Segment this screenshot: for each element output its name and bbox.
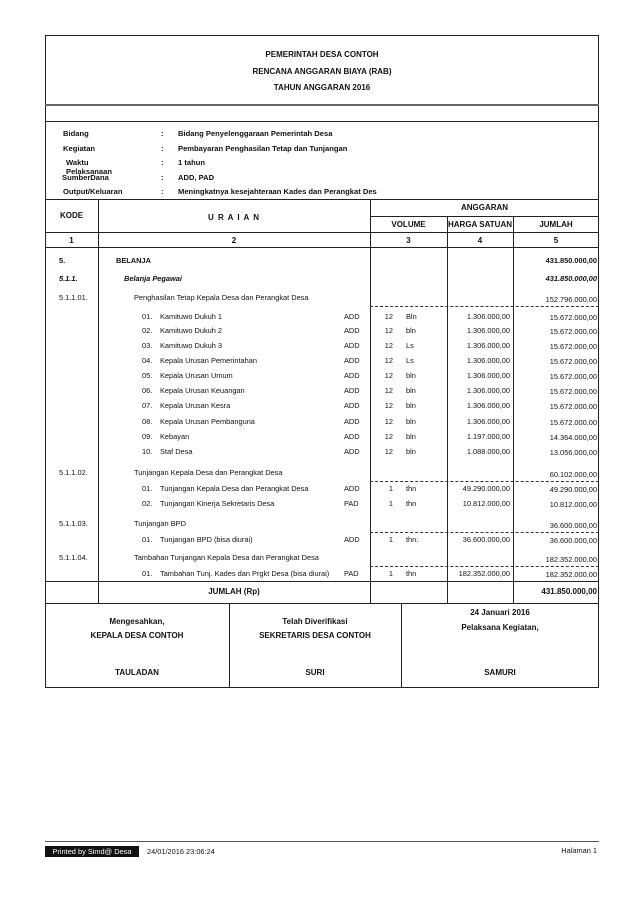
item-harga-satuan: 1.306.000,00	[467, 401, 510, 410]
row-kode: 5.1.1.02.	[59, 468, 88, 477]
item-uraian: Kamituwo Dukuh 1	[160, 312, 222, 321]
info-separator: :	[161, 187, 164, 196]
item-sumber-dana: ADD	[344, 371, 360, 380]
item-volume: 1	[389, 484, 393, 493]
table-row: 5.BELANJA431.850.000,00	[0, 256, 638, 268]
item-jumlah: 10.812.000,00	[550, 500, 597, 509]
item-jumlah: 15.672.000,00	[550, 327, 597, 336]
item-satuan: thn.	[406, 535, 418, 544]
item-harga-satuan: 36.600.000,00	[463, 535, 510, 544]
item-jumlah: 49.290.000,00	[550, 485, 597, 494]
item-number: 05.	[142, 371, 152, 380]
item-volume: 1	[389, 569, 393, 578]
item-sumber-dana: ADD	[344, 535, 360, 544]
info-label: Bidang	[63, 129, 89, 138]
col-header-uraian: U R A I A N	[98, 213, 370, 222]
info-value: 1 tahun	[178, 158, 205, 167]
item-harga-satuan: 1.306.000,00	[467, 356, 510, 365]
item-number: 08.	[142, 417, 152, 426]
divider	[370, 216, 599, 217]
item-volume: 12	[385, 341, 393, 350]
item-harga-satuan: 1.306.000,00	[467, 341, 510, 350]
header-line-3: TAHUN ANGGARAN 2016	[45, 83, 599, 92]
table-row: 01.Kamituwo Dukuh 1ADD12Bln1.306.000,001…	[0, 312, 638, 324]
item-satuan: thn	[406, 499, 416, 508]
item-harga-satuan: 1.088.000,00	[467, 447, 510, 456]
header-line-1: PEMERINTAH DESA CONTOH	[45, 50, 599, 59]
item-number: 01.	[142, 484, 152, 493]
signature-kepala-desa-name: TAULADAN	[45, 668, 229, 677]
item-jumlah: 15.672.000,00	[550, 313, 597, 322]
item-satuan: Ls	[406, 341, 414, 350]
footer-divider	[45, 841, 599, 842]
signature-pelaksana-name: SAMURI	[401, 668, 599, 677]
table-row: 5.1.1.Belanja Pegawai431.850.000,00	[0, 274, 638, 286]
item-uraian: Kepala Urusan Kesra	[160, 401, 230, 410]
item-volume: 1	[389, 499, 393, 508]
item-number: 10.	[142, 447, 152, 456]
row-uraian: BELANJA	[116, 256, 151, 265]
col-header-jumlah: JUMLAH	[513, 220, 599, 229]
item-harga-satuan: 1.306.000,00	[467, 386, 510, 395]
signature-sekretaris-name: SURI	[229, 668, 401, 677]
item-uraian: Kamituwo Dukuh 3	[160, 341, 222, 350]
row-kode: 5.1.1.01.	[59, 293, 88, 302]
item-number: 01.	[142, 312, 152, 321]
item-uraian: Kebayan	[160, 432, 189, 441]
item-number: 01.	[142, 569, 152, 578]
table-row: 03.Kamituwo Dukuh 3ADD12Ls1.306.000,0015…	[0, 341, 638, 353]
item-sumber-dana: ADD	[344, 484, 360, 493]
row-uraian: Penghasilan Tetap Kepala Desa dan Perang…	[134, 293, 309, 302]
divider	[45, 104, 599, 106]
table-row: 05.Kepala Urusan UmumADD12bln1.306.000,0…	[0, 371, 638, 383]
printed-by-badge: Printed by Simd@ Desa	[45, 846, 139, 857]
item-number: 03.	[142, 341, 152, 350]
item-jumlah: 15.672.000,00	[550, 402, 597, 411]
info-separator: :	[161, 173, 164, 182]
info-label: Output/Keluaran	[63, 187, 123, 196]
row-uraian: Tunjangan Kepala Desa dan Perangkat Desa	[134, 468, 282, 477]
row-jumlah: 36.600.000,00	[550, 521, 597, 530]
signature-sekretaris-line2: SEKRETARIS DESA CONTOH	[229, 631, 401, 640]
item-uraian: Tambahan Tunj. Kades dan Prgkt Desa (bis…	[160, 569, 329, 578]
info-value: ADD, PAD	[178, 173, 214, 182]
row-uraian: Tambahan Tunjangan Kepala Desa dan Peran…	[134, 553, 319, 562]
item-sumber-dana: ADD	[344, 356, 360, 365]
item-sumber-dana: ADD	[344, 401, 360, 410]
item-sumber-dana: PAD	[344, 499, 359, 508]
item-harga-satuan: 1.306.000,00	[467, 312, 510, 321]
signature-sekretaris-line1: Telah Diverifikasi	[229, 617, 401, 626]
col-number-1: 1	[45, 236, 98, 245]
item-uraian: Staf Desa	[160, 447, 192, 456]
table-row: 01.Tunjangan Kepala Desa dan Perangkat D…	[0, 484, 638, 496]
divider	[45, 232, 599, 233]
item-number: 04.	[142, 356, 152, 365]
item-sumber-dana: ADD	[344, 341, 360, 350]
divider	[45, 247, 599, 248]
item-number: 09.	[142, 432, 152, 441]
item-harga-satuan: 1.306.000,00	[467, 326, 510, 335]
item-jumlah: 15.672.000,00	[550, 387, 597, 396]
item-harga-satuan: 1.306.000,00	[467, 417, 510, 426]
table-row: 02.Kamituwo Dukuh 2ADD12bln1.306.000,001…	[0, 326, 638, 338]
item-satuan: Bln	[406, 312, 417, 321]
table-row: 02.Tunjangan Kinerja Sekretaris DesaPAD1…	[0, 499, 638, 511]
table-row: 04.Kepala Urusan PemerintahanADD12Ls1.30…	[0, 356, 638, 368]
item-harga-satuan: 1.197.000,00	[467, 432, 510, 441]
col-header-kode: KODE	[45, 211, 98, 220]
row-uraian: Belanja Pegawai	[124, 274, 182, 283]
item-number: 02.	[142, 499, 152, 508]
item-jumlah: 15.672.000,00	[550, 418, 597, 427]
item-uraian: Kamituwo Dukuh 2	[160, 326, 222, 335]
item-sumber-dana: PAD	[344, 569, 359, 578]
item-number: 02.	[142, 326, 152, 335]
item-jumlah: 15.672.000,00	[550, 357, 597, 366]
item-satuan: thn	[406, 569, 416, 578]
item-sumber-dana: ADD	[344, 386, 360, 395]
item-harga-satuan: 49.290.000,00	[463, 484, 510, 493]
info-separator: :	[161, 144, 164, 153]
page-number: Halaman 1	[480, 846, 597, 855]
item-volume: 1	[389, 535, 393, 544]
item-satuan: bln	[406, 432, 416, 441]
item-jumlah: 13.056.000,00	[550, 448, 597, 457]
info-separator: :	[161, 158, 164, 167]
item-satuan: bln	[406, 401, 416, 410]
col-number-5: 5	[513, 236, 599, 245]
table-row: 5.1.1.02.Tunjangan Kepala Desa dan Peran…	[0, 468, 638, 480]
table-row: 5.1.1.04.Tambahan Tunjangan Kepala Desa …	[0, 553, 638, 565]
item-satuan: bln	[406, 417, 416, 426]
item-uraian: Kepala Urusan Keuangan	[160, 386, 245, 395]
table-row: 10.Staf DesaADD12bln1.088.000,0013.056.0…	[0, 447, 638, 459]
table-row: 5.1.1.03.Tunjangan BPD36.600.000,00	[0, 519, 638, 531]
row-jumlah: 60.102.000,00	[550, 470, 597, 479]
col-number-3: 3	[370, 236, 447, 245]
info-label: Kegiatan	[63, 144, 95, 153]
table-row: 07.Kepala Urusan KesraADD12bln1.306.000,…	[0, 401, 638, 413]
divider	[45, 603, 599, 604]
item-jumlah: 36.600.000,00	[550, 536, 597, 545]
item-harga-satuan: 1.306.000,00	[467, 371, 510, 380]
item-volume: 12	[385, 417, 393, 426]
info-label: SumberDana	[62, 173, 109, 182]
item-uraian: Kepala Urusan Pemerintahan	[160, 356, 257, 365]
signature-pelaksana-date: 24 Januari 2016	[401, 608, 599, 617]
item-jumlah: 15.672.000,00	[550, 342, 597, 351]
item-uraian: Kepala Urusan Umum	[160, 371, 233, 380]
print-timestamp: 24/01/2016 23:06:24	[147, 847, 215, 856]
row-jumlah: 431.850.000,00	[546, 274, 597, 283]
row-uraian: Tunjangan BPD	[134, 519, 186, 528]
item-volume: 12	[385, 371, 393, 380]
item-satuan: bln	[406, 447, 416, 456]
item-satuan: bln	[406, 371, 416, 380]
divider	[45, 121, 599, 122]
total-value: 431.850.000,00	[513, 587, 597, 596]
item-number: 06.	[142, 386, 152, 395]
item-harga-satuan: 10.812.000,00	[463, 499, 510, 508]
col-number-4: 4	[447, 236, 513, 245]
info-separator: :	[161, 129, 164, 138]
dashed-separator	[370, 306, 599, 307]
col-header-harga-satuan: HARGA SATUAN	[447, 220, 513, 229]
item-sumber-dana: ADD	[344, 326, 360, 335]
item-volume: 12	[385, 386, 393, 395]
row-jumlah: 182.352.000,00	[546, 555, 597, 564]
item-uraian: Tunjangan BPD (bisa diurai)	[160, 535, 253, 544]
item-volume: 12	[385, 356, 393, 365]
item-uraian: Tunjangan Kinerja Sekretaris Desa	[160, 499, 274, 508]
table-row: 09.KebayanADD12bln1.197.000,0014.364.000…	[0, 432, 638, 444]
item-volume: 12	[385, 401, 393, 410]
table-row: 01.Tunjangan BPD (bisa diurai)ADD1thn.36…	[0, 535, 638, 547]
item-jumlah: 182.352.000,00	[546, 570, 597, 579]
item-sumber-dana: ADD	[344, 447, 360, 456]
signature-kepala-desa-line1: Mengesahkan,	[45, 617, 229, 626]
info-value: Meningkatnya kesejahteraan Kades dan Per…	[178, 187, 377, 196]
item-volume: 12	[385, 447, 393, 456]
col-header-anggaran: ANGGARAN	[370, 203, 599, 212]
row-jumlah: 152.796.000,00	[546, 295, 597, 304]
table-row: 06.Kepala Urusan KeuanganADD12bln1.306.0…	[0, 386, 638, 398]
table-row: 5.1.1.01.Penghasilan Tetap Kepala Desa d…	[0, 293, 638, 305]
table-row: 08.Kepala Urusan PembangunaADD12bln1.306…	[0, 417, 638, 429]
dashed-separator	[370, 481, 599, 482]
header-line-2: RENCANA ANGGARAN BIAYA (RAB)	[45, 67, 599, 76]
signature-pelaksana-title: Pelaksana Kegiatan,	[401, 623, 599, 632]
row-jumlah: 431.850.000,00	[546, 256, 597, 265]
row-kode: 5.1.1.04.	[59, 553, 88, 562]
item-number: 07.	[142, 401, 152, 410]
item-number: 01.	[142, 535, 152, 544]
item-satuan: Ls	[406, 356, 414, 365]
item-sumber-dana: ADD	[344, 312, 360, 321]
item-jumlah: 14.364.000,00	[550, 433, 597, 442]
item-satuan: bln	[406, 386, 416, 395]
item-satuan: thn	[406, 484, 416, 493]
row-kode: 5.1.1.	[59, 274, 78, 283]
divider	[45, 199, 599, 200]
item-uraian: Kepala Urusan Pembanguna	[160, 417, 255, 426]
item-sumber-dana: ADD	[344, 417, 360, 426]
table-row: 01.Tambahan Tunj. Kades dan Prgkt Desa (…	[0, 569, 638, 581]
total-label: JUMLAH (Rp)	[98, 587, 370, 596]
info-value: Bidang Penyelenggaraan Pemerintah Desa	[178, 129, 332, 138]
item-volume: 12	[385, 432, 393, 441]
signature-kepala-desa-line2: KEPALA DESA CONTOH	[45, 631, 229, 640]
item-harga-satuan: 182.352.000,00	[459, 569, 510, 578]
item-volume: 12	[385, 326, 393, 335]
item-satuan: bln	[406, 326, 416, 335]
col-header-volume: VOLUME	[370, 220, 447, 229]
item-volume: 12	[385, 312, 393, 321]
col-number-2: 2	[98, 236, 370, 245]
row-kode: 5.1.1.03.	[59, 519, 88, 528]
divider	[45, 581, 599, 582]
item-sumber-dana: ADD	[344, 432, 360, 441]
item-jumlah: 15.672.000,00	[550, 372, 597, 381]
dashed-separator	[370, 566, 599, 567]
dashed-separator	[370, 532, 599, 533]
item-uraian: Tunjangan Kepala Desa dan Perangkat Desa	[160, 484, 308, 493]
row-kode: 5.	[59, 256, 65, 265]
info-value: Pembayaran Penghasilan Tetap dan Tunjang…	[178, 144, 347, 153]
